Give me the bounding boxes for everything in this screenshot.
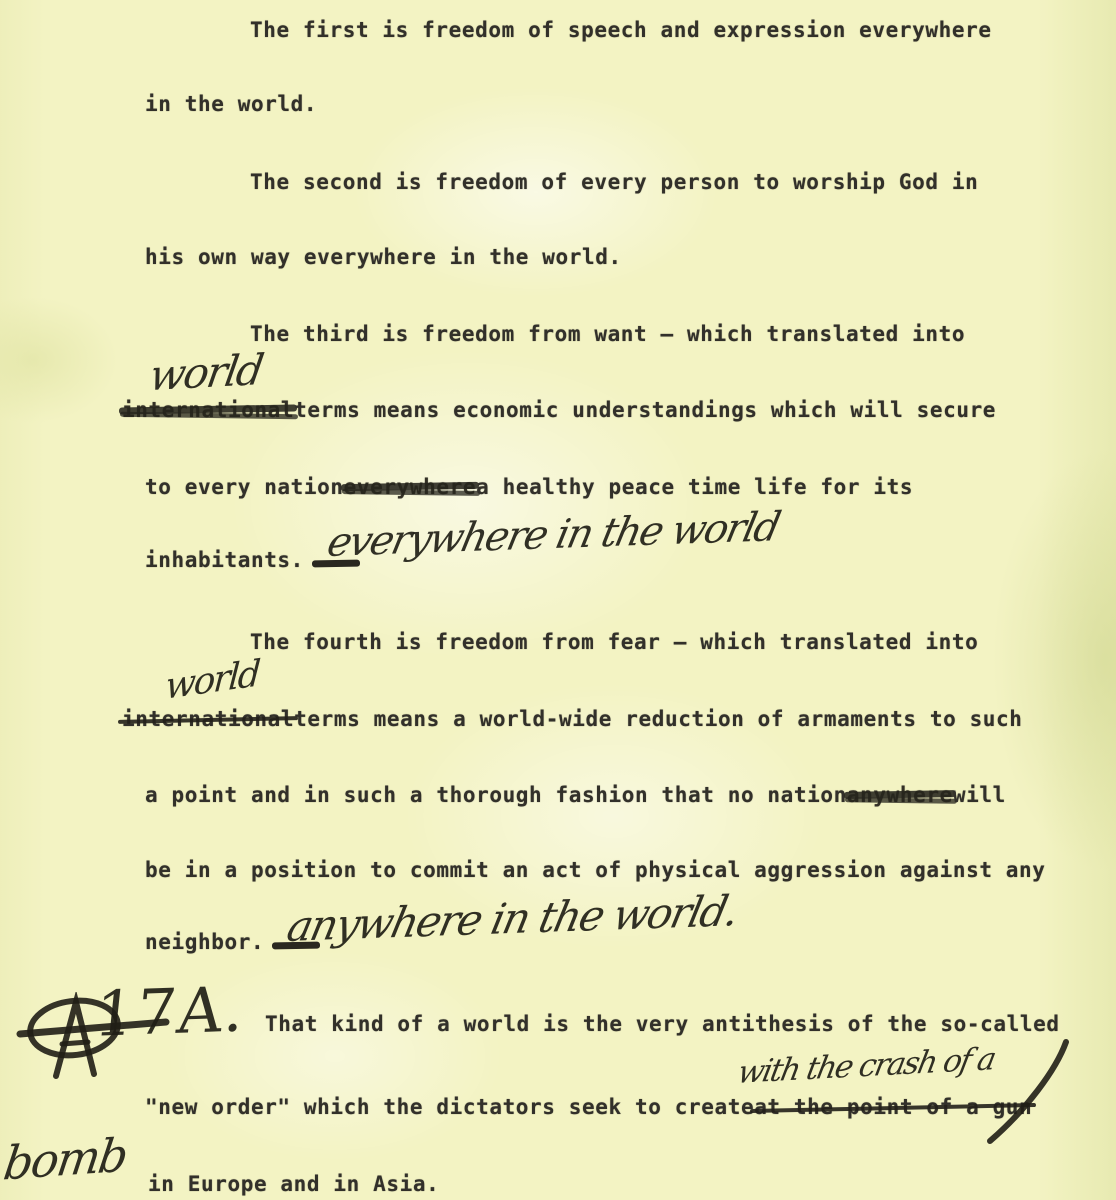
- typed-line: in Europe and in Asia.: [148, 1172, 439, 1196]
- handwritten-bomb-insert: bomb: [0, 1127, 130, 1190]
- typed-text: to every nation: [145, 475, 344, 499]
- circled-letter-a-struck-icon: [16, 992, 186, 1087]
- typed-text: a healthy peace time life for its: [476, 475, 913, 499]
- typed-text: a point and in such a thorough fashion t…: [145, 783, 847, 807]
- typed-text: That kind of a world is the very antithe…: [265, 1012, 1060, 1036]
- typed-text: The fourth is freedom from fear — which …: [250, 630, 978, 654]
- typed-text: be in a position to commit an act of phy…: [145, 858, 1046, 882]
- typed-text: inhabitants.: [145, 548, 304, 572]
- typed-text: The first is freedom of speech and expre…: [250, 18, 992, 42]
- typed-line: to every nation everywhere a healthy pea…: [145, 475, 913, 499]
- typed-line: international terms means economic under…: [122, 398, 996, 422]
- struck-word-anywhere: anywhere: [847, 783, 953, 807]
- typed-line: his own way everywhere in the world.: [145, 245, 622, 269]
- typed-line: The second is freedom of every person to…: [250, 170, 978, 194]
- struck-word-international: international: [122, 398, 294, 422]
- typed-line: The first is freedom of speech and expre…: [250, 18, 992, 42]
- handwritten-everywhere-insert: everywhere in the world: [323, 504, 783, 566]
- handwritten-world-insert: world: [146, 345, 265, 400]
- handwritten-world-insert: world: [164, 653, 260, 708]
- handwritten-anywhere-insert: anywhere in the world.: [283, 886, 742, 951]
- typed-line: The third is freedom from want — which t…: [250, 322, 965, 346]
- typed-text: neighbor.: [145, 930, 264, 954]
- struck-word-everywhere: everywhere: [344, 475, 476, 499]
- typed-text: "new order" which the dictators seek to …: [145, 1095, 754, 1119]
- document-page: The first is freedom of speech and expre…: [0, 0, 1116, 1200]
- typed-text: terms means economic understandings whic…: [294, 398, 996, 422]
- typed-text: in Europe and in Asia.: [148, 1172, 439, 1196]
- typed-text: The third is freedom from want — which t…: [250, 322, 965, 346]
- handwritten-crash-insert: with the crash of a: [735, 1041, 998, 1091]
- typed-line: a point and in such a thorough fashion t…: [145, 783, 1006, 807]
- handwritten-slash-icon: [982, 1038, 1077, 1146]
- typed-text: terms means a world-wide reduction of ar…: [294, 707, 1022, 731]
- typed-line: "new order" which the dictators seek to …: [145, 1095, 1032, 1119]
- typed-text: will: [953, 783, 1006, 807]
- typed-line: The fourth is freedom from fear — which …: [250, 630, 978, 654]
- struck-word-international: international: [122, 707, 294, 731]
- typed-line: be in a position to commit an act of phy…: [145, 858, 1046, 882]
- typed-line: international terms means a world-wide r…: [122, 707, 1023, 731]
- typed-text: The second is freedom of every person to…: [250, 170, 978, 194]
- typed-line: in the world.: [145, 92, 317, 116]
- typed-line: That kind of a world is the very antithe…: [265, 1012, 1060, 1036]
- typed-text: his own way everywhere in the world.: [145, 245, 622, 269]
- typed-text: in the world.: [145, 92, 317, 116]
